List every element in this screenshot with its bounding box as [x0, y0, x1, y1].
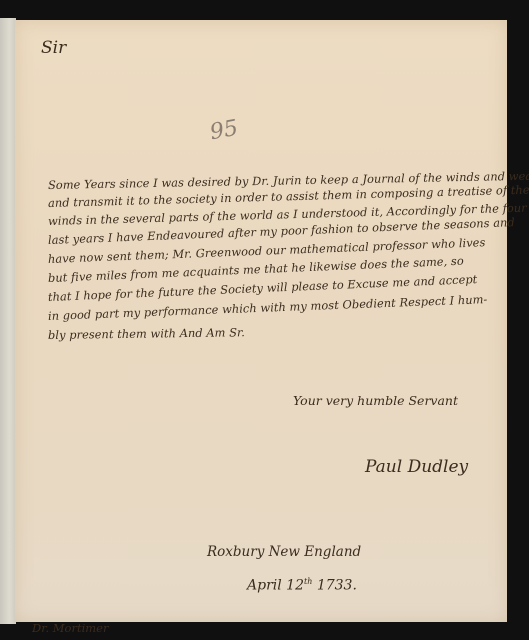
date-year: 1733. — [317, 578, 357, 594]
adjacent-page-edge — [0, 18, 16, 624]
salutation: Sir — [41, 38, 66, 58]
date-month-day: April 12 — [247, 578, 304, 594]
complimentary-close: Your very humble Servant — [293, 393, 458, 408]
folio-number: 95 — [208, 116, 240, 145]
date-ordinal: th — [304, 577, 312, 586]
signature: Paul Dudley — [365, 457, 468, 477]
letter-page: Sir 95 Some Years since I was desired by… — [15, 20, 507, 622]
body-line: bly present them with And Am Sr. — [48, 325, 245, 342]
addressee: Dr. Mortimer — [32, 621, 108, 635]
place-of-writing: Roxbury New England — [207, 544, 361, 560]
letter-date: April 12th 1733. — [247, 577, 357, 594]
